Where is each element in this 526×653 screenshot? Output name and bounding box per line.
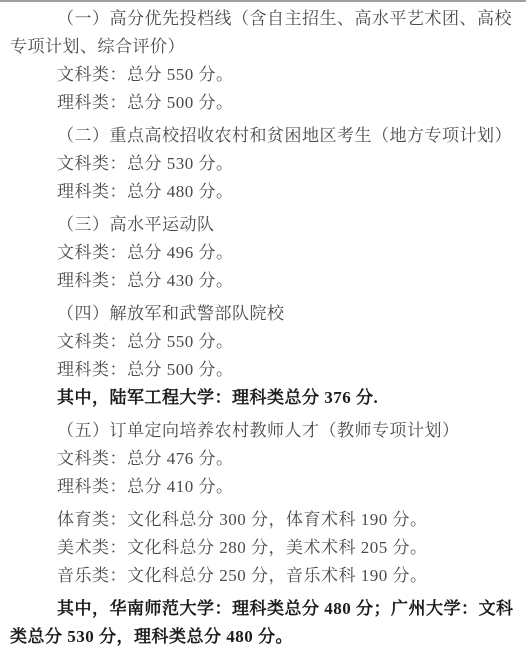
paragraph-section-1-heading: （一）高分优先投档线（含自主招生、高水平艺术团、高校专项计划、综合评价） [10, 5, 516, 61]
paragraph-section-3-science-score: 理科类：总分 430 分。 [10, 267, 516, 295]
paragraph-section-1-liberal-arts-score: 文科类：总分 550 分。 [10, 61, 516, 89]
paragraph-section-5-liberal-arts-score: 文科类：总分 476 分。 [10, 445, 516, 473]
paragraph-section-1-science-score: 理科类：总分 500 分。 [10, 89, 516, 117]
paragraph-section-5-universities-note: 其中，华南师范大学：理科类总分 480 分；广州大学：文科类总分 530 分，理… [10, 595, 516, 651]
paragraph-section-4-liberal-arts-score: 文科类：总分 550 分。 [10, 328, 516, 356]
paragraph-section-5-pe-score: 体育类：文化科总分 300 分，体育术科 190 分。 [10, 506, 516, 534]
paragraph-section-2-science-score: 理科类：总分 480 分。 [10, 178, 516, 206]
paragraph-section-3-heading: （三）高水平运动队 [10, 211, 516, 239]
paragraph-section-4-heading: （四）解放军和武警部队院校 [10, 300, 516, 328]
paragraph-section-4-army-note: 其中，陆军工程大学：理科类总分 376 分. [10, 384, 516, 412]
paragraph-section-5-music-score: 音乐类：文化科总分 250 分，音乐术科 190 分。 [10, 562, 516, 590]
paragraph-section-3-liberal-arts-score: 文科类：总分 496 分。 [10, 239, 516, 267]
paragraph-section-2-liberal-arts-score: 文科类：总分 530 分。 [10, 150, 516, 178]
document-content: （一）高分优先投档线（含自主招生、高水平艺术团、高校专项计划、综合评价） 文科类… [0, 2, 526, 651]
document-page: （一）高分优先投档线（含自主招生、高水平艺术团、高校专项计划、综合评价） 文科类… [0, 0, 526, 653]
paragraph-section-4-science-score: 理科类：总分 500 分。 [10, 356, 516, 384]
paragraph-section-5-fine-arts-score: 美术类：文化科总分 280 分，美术术科 205 分。 [10, 534, 516, 562]
paragraph-section-5-heading: （五）订单定向培养农村教师人才（教师专项计划） [10, 417, 516, 445]
paragraph-section-5-science-score: 理科类：总分 410 分。 [10, 473, 516, 501]
paragraph-section-2-heading: （二）重点高校招收农村和贫困地区考生（地方专项计划） [10, 122, 516, 150]
